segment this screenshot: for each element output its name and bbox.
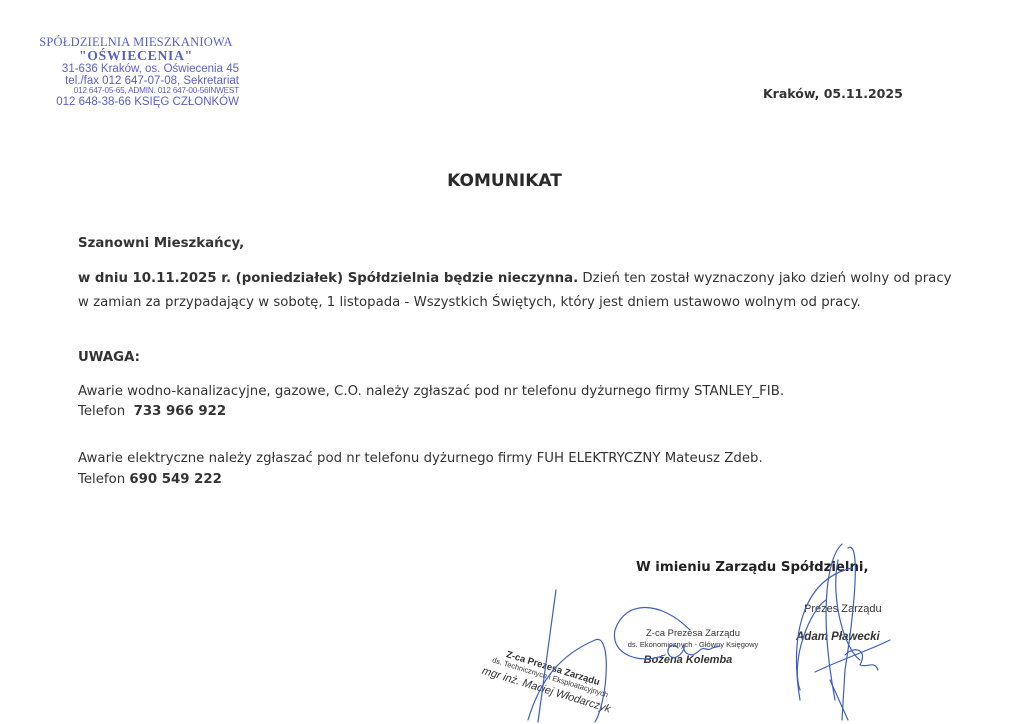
- handwritten-signatures: [0, 0, 1024, 724]
